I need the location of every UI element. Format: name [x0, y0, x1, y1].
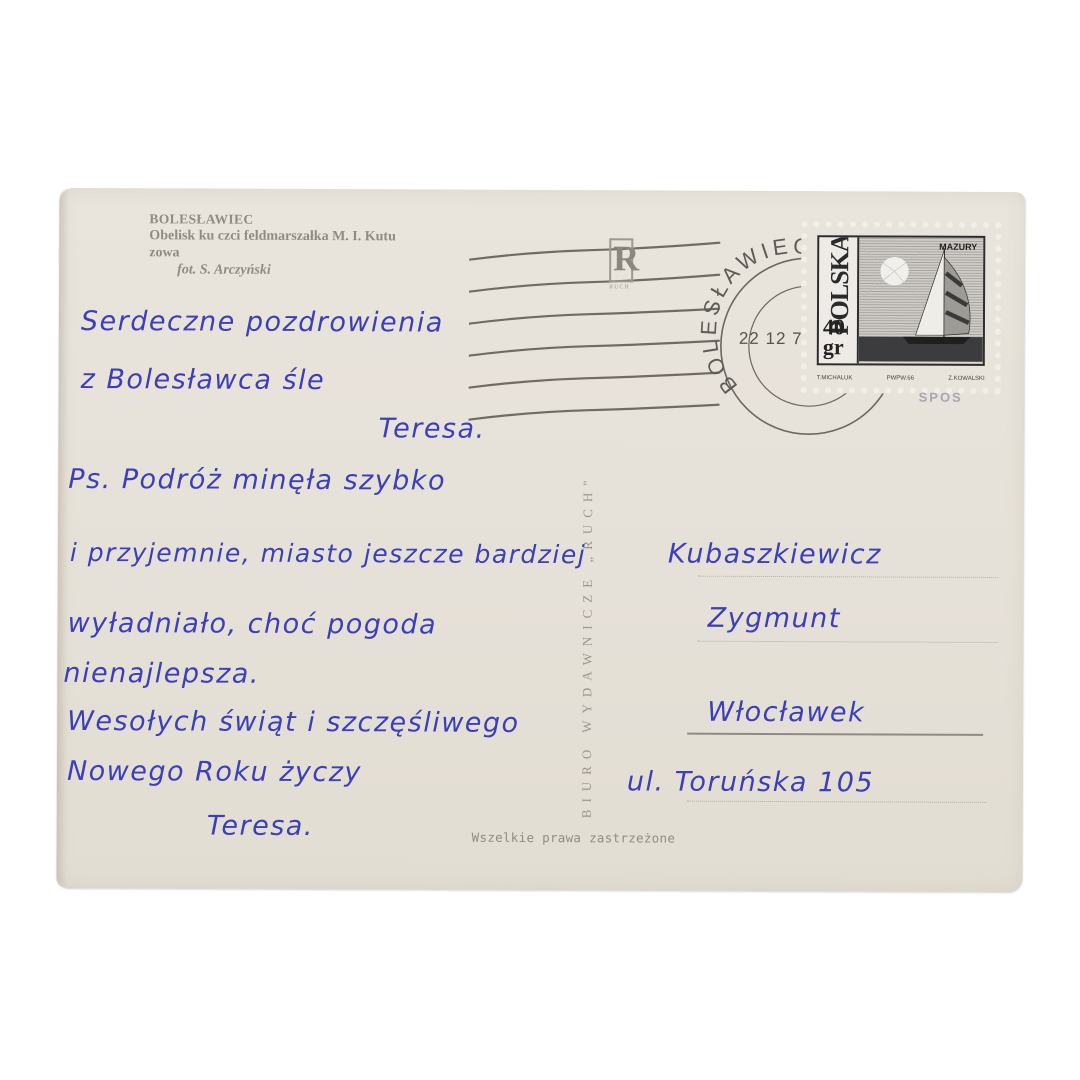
stamp-title: MAZURY	[939, 242, 977, 252]
rights-notice: Wszelkie prawa zastrzeżone	[472, 830, 676, 846]
message-line: nienajlepsza.	[63, 658, 260, 690]
address-city: Włocławek	[707, 697, 865, 729]
message-line: z Bolesławca śle	[81, 364, 326, 396]
stamp-mark: SPOS	[919, 390, 963, 405]
address-line-rule	[698, 641, 998, 643]
message-line: Serdeczne pozdrowienia	[81, 306, 444, 339]
postcard: BOLESŁAWIEC Obelisk ku czci feldmarszałk…	[56, 188, 1025, 892]
message-line: Teresa.	[378, 413, 485, 444]
printed-caption: BOLESŁAWIEC Obelisk ku czci feldmarszałk…	[149, 210, 396, 279]
sailboat-icon	[859, 237, 984, 362]
caption-title: BOLESŁAWIEC	[149, 210, 396, 228]
message-line: Wesołych świąt i szczęśliwego	[67, 706, 520, 739]
cancellation-wavy-lines	[468, 230, 729, 441]
message-line: Nowego Roku życzy	[67, 756, 362, 788]
stamp-credits: T.MICHALUK PWPW.66 Z.KOWALSKI	[817, 375, 985, 382]
address-line-rule	[698, 576, 998, 578]
photo-credit: fot. S. Arczyński	[177, 261, 396, 279]
address-name: Kubaszkiewicz	[668, 539, 882, 571]
message-line: Ps. Podróż minęła szybko	[68, 464, 446, 497]
message-signature: Teresa.	[207, 811, 314, 842]
message-line: wyładniało, choć pogoda	[68, 608, 438, 641]
address-street: ul. Toruńska 105	[627, 766, 874, 798]
caption-subtitle-1: Obelisk ku czci feldmarszałka M. I. Kutu	[149, 227, 396, 245]
postage-stamp: POLSKA 40 gr	[801, 221, 1002, 394]
address-first-name: Zygmunt	[708, 603, 841, 635]
message-line: i przyjemnie, miasto jeszcze bardziej	[70, 538, 586, 569]
ruch-logo-label: RUCH	[609, 284, 630, 290]
caption-subtitle-2: zowa	[149, 244, 396, 262]
address-line-rule	[687, 801, 987, 803]
address-line-rule	[687, 733, 983, 736]
publisher-vertical-text: BIURO WYDAWNICZE „RUCH"	[579, 473, 597, 818]
ruch-logo-icon	[609, 238, 633, 282]
stamp-value: 40 gr	[823, 317, 845, 357]
